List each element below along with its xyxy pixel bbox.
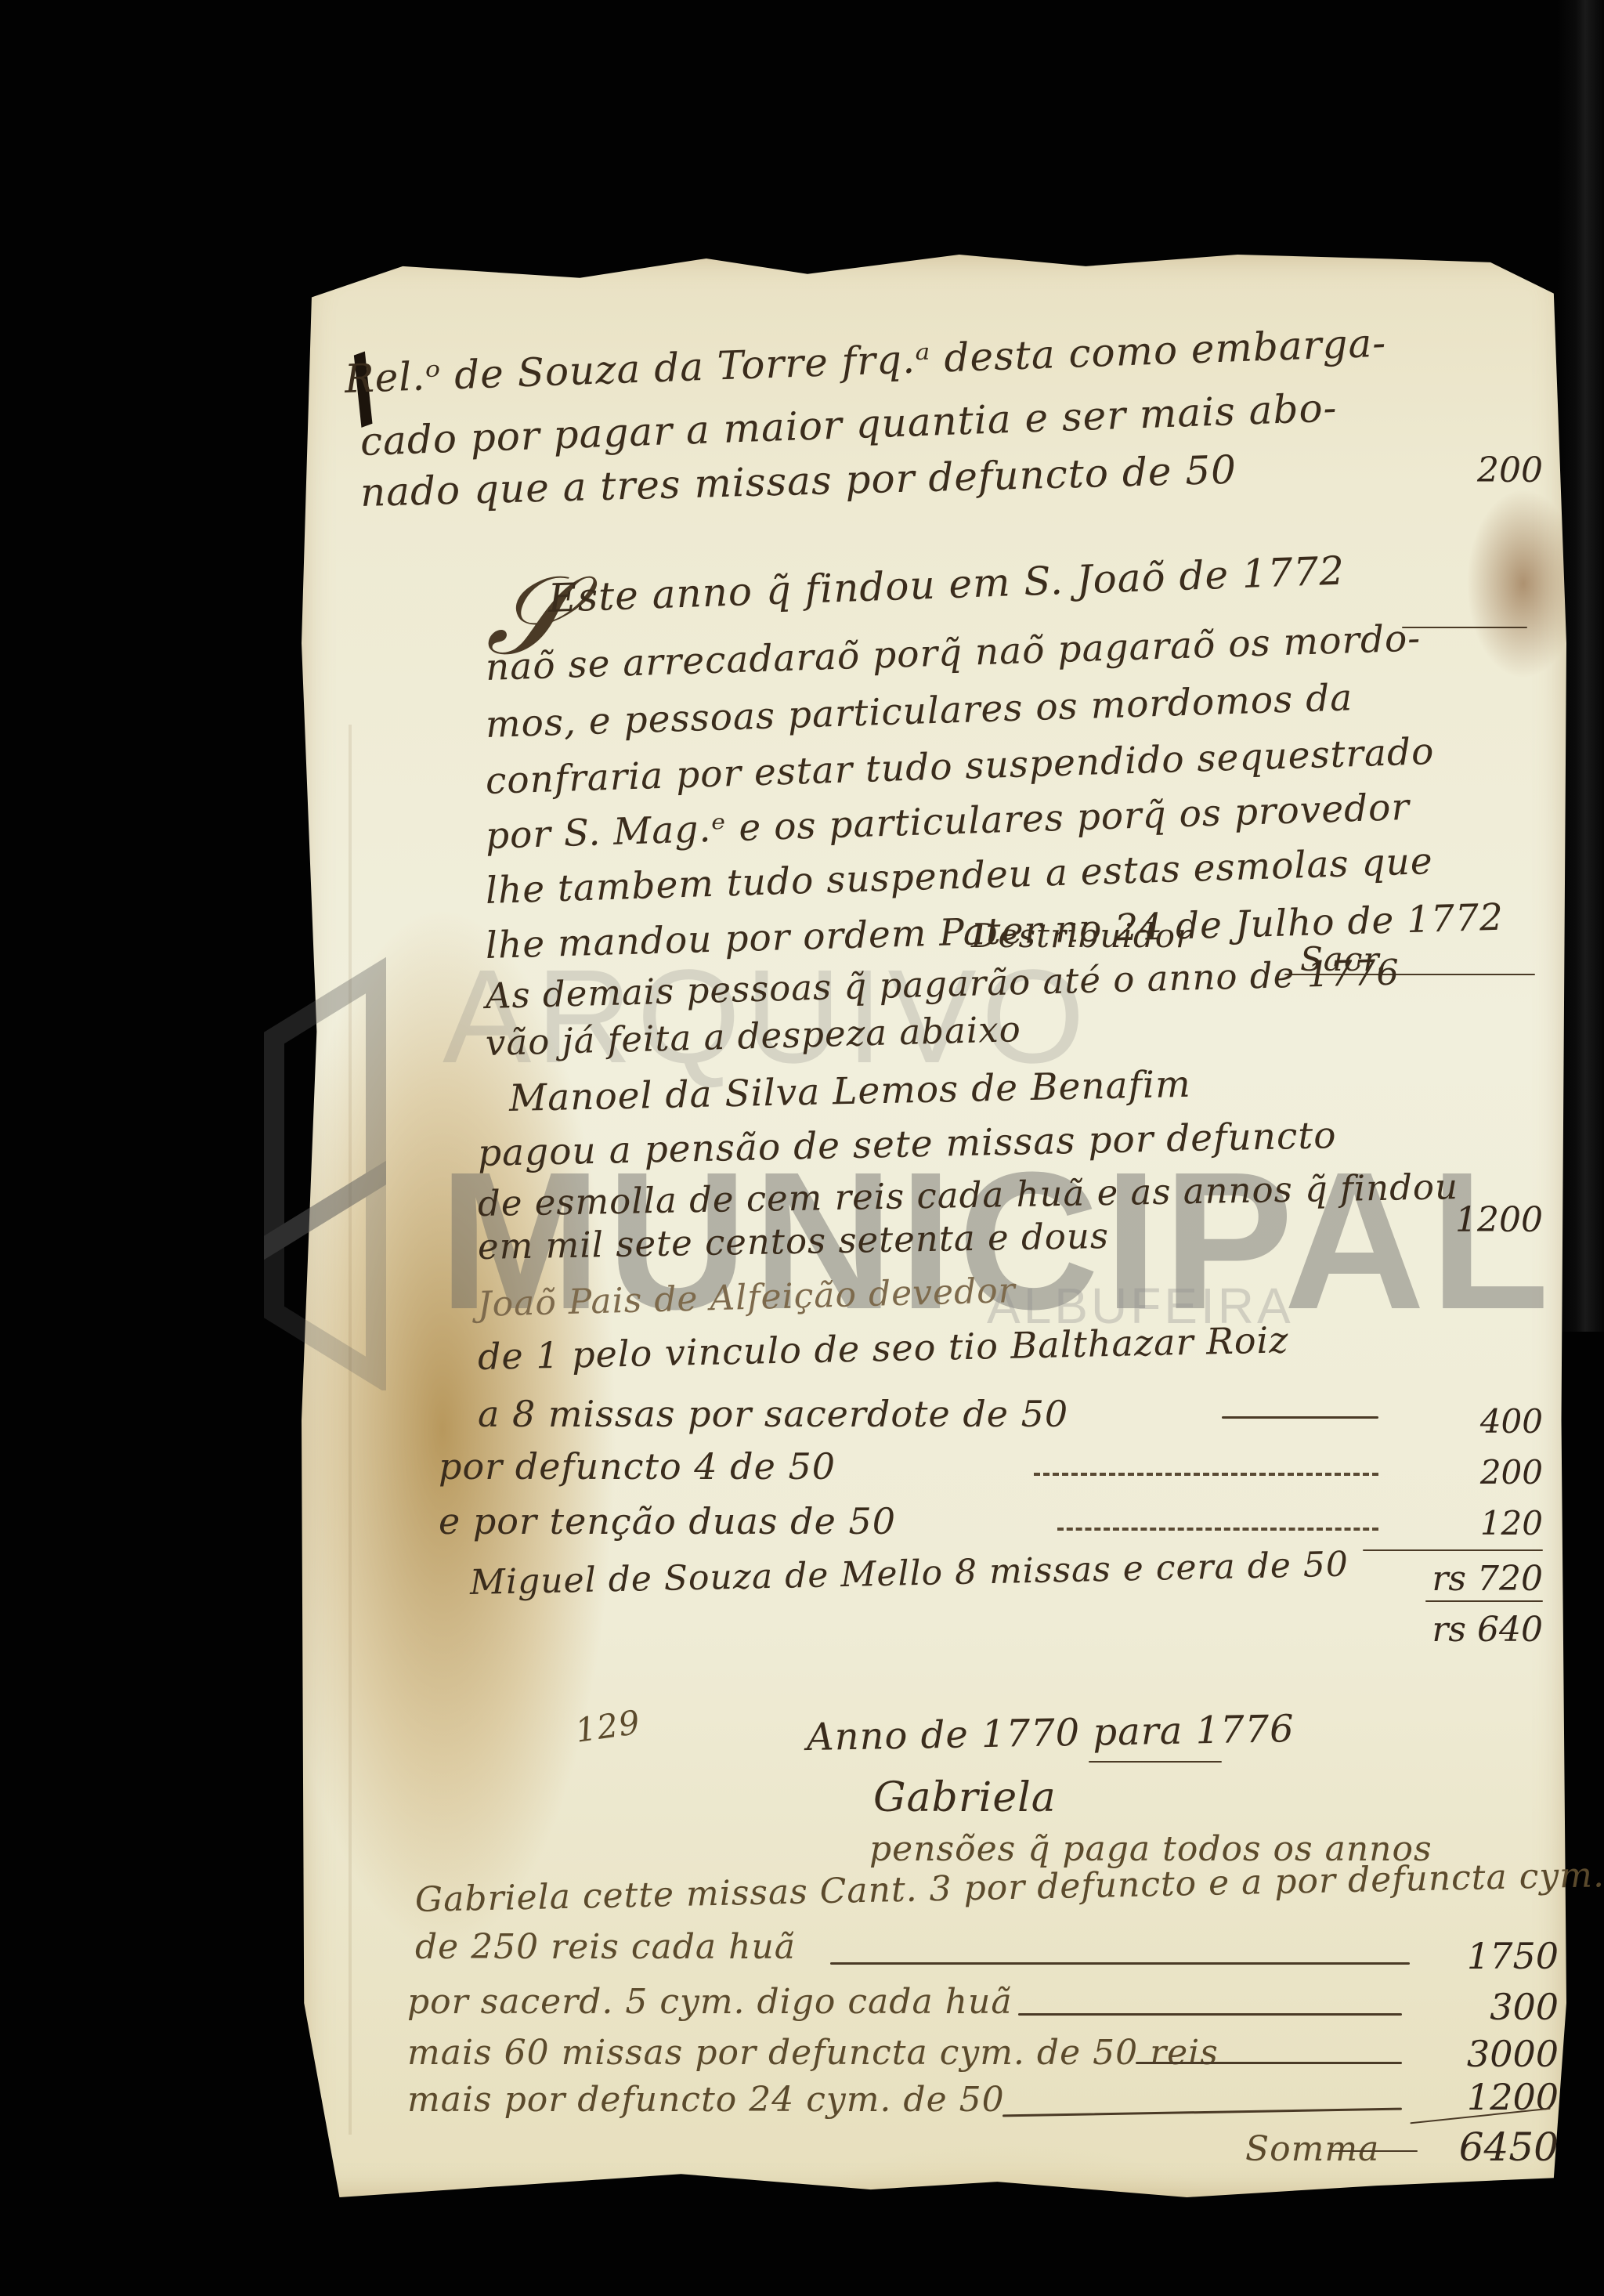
- section5-line-2: de 250 reis cada huã: [415, 1927, 796, 1967]
- section4-line-3: a 8 missas por sacerdote de 50: [478, 1393, 1068, 1435]
- subtotal-value: 720: [1477, 1559, 1543, 1599]
- subtotal-amount: rs 720: [1378, 1559, 1543, 1599]
- final-amount: rs 640: [1378, 1610, 1543, 1650]
- final-rule: [1425, 1600, 1543, 1602]
- subtotal-rule: [1363, 1549, 1543, 1551]
- ledger-leader: [1136, 2062, 1402, 2064]
- paper-crease: [349, 725, 352, 2135]
- distributor-header: Destribuidor: [971, 917, 1192, 955]
- section5-line-5: mais por defuncto 24 cym. de 50: [407, 2080, 1005, 2120]
- ledger-leader: [1034, 1473, 1378, 1476]
- ledger-leader: [1222, 1416, 1378, 1419]
- section3-amount: 1200: [1433, 1200, 1543, 1240]
- section5-title: Anno de 1770 para 1776: [807, 1707, 1295, 1759]
- section1-amount: 200: [1449, 450, 1543, 490]
- section5-name: Gabriela: [873, 1774, 1057, 1821]
- currency-prefix: rs: [1432, 1610, 1466, 1650]
- section4-line-4: por defuncto 4 de 50: [439, 1445, 836, 1488]
- date-underline: [1402, 627, 1527, 628]
- ledger-amount-2: 200: [1433, 1453, 1543, 1491]
- title-underline: [1089, 1761, 1222, 1763]
- ledger-leader: [1057, 1528, 1378, 1531]
- ledger-leader: [1331, 2150, 1418, 2152]
- gabriela-amount-3: 3000: [1418, 2033, 1559, 2075]
- total-label: Somma: [1245, 2129, 1379, 2169]
- ledger-amount-1: 400: [1433, 1402, 1543, 1441]
- ledger-leader: [1018, 2013, 1402, 2016]
- gabriela-amount-1: 1750: [1418, 1935, 1559, 1977]
- gabriela-total: 6450: [1418, 2124, 1559, 2170]
- gabriela-amount-2: 300: [1418, 1986, 1559, 2028]
- ledger-leader: [830, 1962, 1410, 1965]
- final-value: 640: [1477, 1610, 1543, 1650]
- section5-line-3: por sacerd. 5 cym. digo cada huã: [407, 1982, 1013, 2022]
- section4-line-5: e por tenção duas de 50: [439, 1500, 896, 1542]
- gabriela-amount-4: 1200: [1418, 2076, 1559, 2118]
- ledger-amount-3: 120: [1433, 1504, 1543, 1542]
- section5-line-4: mais 60 missas por defuncta cym. de 50 r…: [407, 2033, 1219, 2073]
- currency-prefix: rs: [1432, 1559, 1466, 1599]
